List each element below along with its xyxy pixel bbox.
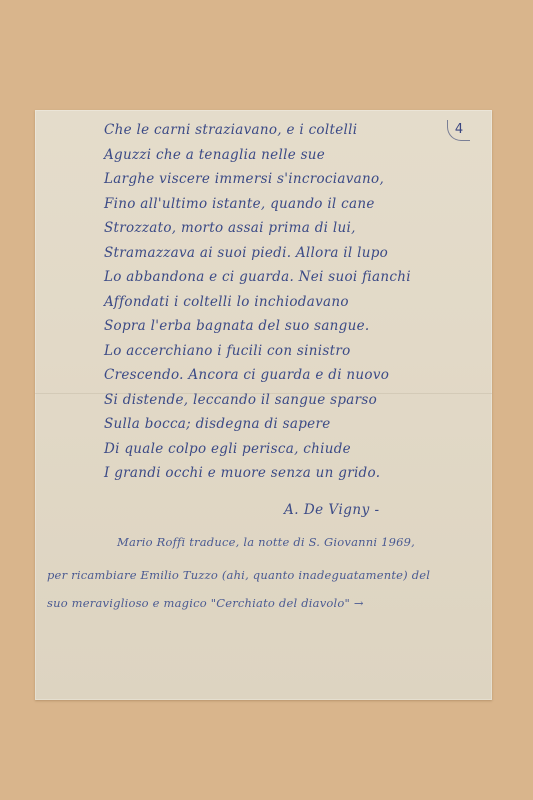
poem-line: Stramazzava ai suoi piedi. Allora il lup…: [104, 241, 411, 266]
note-line: per ricambiare Emilio Tuzzo (ahi, quanto…: [47, 568, 430, 582]
poem-line: Affondati i coltelli lo inchiodavano: [104, 290, 411, 315]
poem-line: Che le carni straziavano, e i coltelli: [104, 118, 411, 143]
poem-line: Sopra l'erba bagnata del suo sangue.: [104, 314, 411, 339]
poem-line: Di quale colpo egli perisca, chiude: [104, 437, 411, 462]
poem-line: Larghe viscere immersi s'incrociavano,: [104, 167, 411, 192]
poem-text: Che le carni straziavano, e i coltelli A…: [104, 118, 411, 486]
poem-line: Strozzato, morto assai prima di lui,: [104, 216, 411, 241]
poem-line: Aguzzi che a tenaglia nelle sue: [104, 143, 411, 168]
note-line: Mario Roffi traduce, la notte di S. Giov…: [117, 535, 415, 549]
poem-line: Lo accerchiano i fucili con sinistro: [104, 339, 411, 364]
poem-line: Crescendo. Ancora ci guarda e di nuovo: [104, 363, 411, 388]
poem-line: Fino all'ultimo istante, quando il cane: [104, 192, 411, 217]
poem-line: Sulla bocca; disdegna di sapere: [104, 412, 411, 437]
poem-line: Lo abbandona e ci guarda. Nei suoi fianc…: [104, 265, 411, 290]
page-number: 4: [447, 120, 470, 141]
poem-line: Si distende, leccando il sangue sparso: [104, 388, 411, 413]
author-signature: A. De Vigny -: [284, 502, 380, 518]
note-line: suo meraviglioso e magico "Cerchiato del…: [47, 596, 364, 610]
poem-line: I grandi occhi e muore senza un grido.: [104, 461, 411, 486]
manuscript-page: 4 Che le carni straziavano, e i coltelli…: [35, 110, 492, 700]
